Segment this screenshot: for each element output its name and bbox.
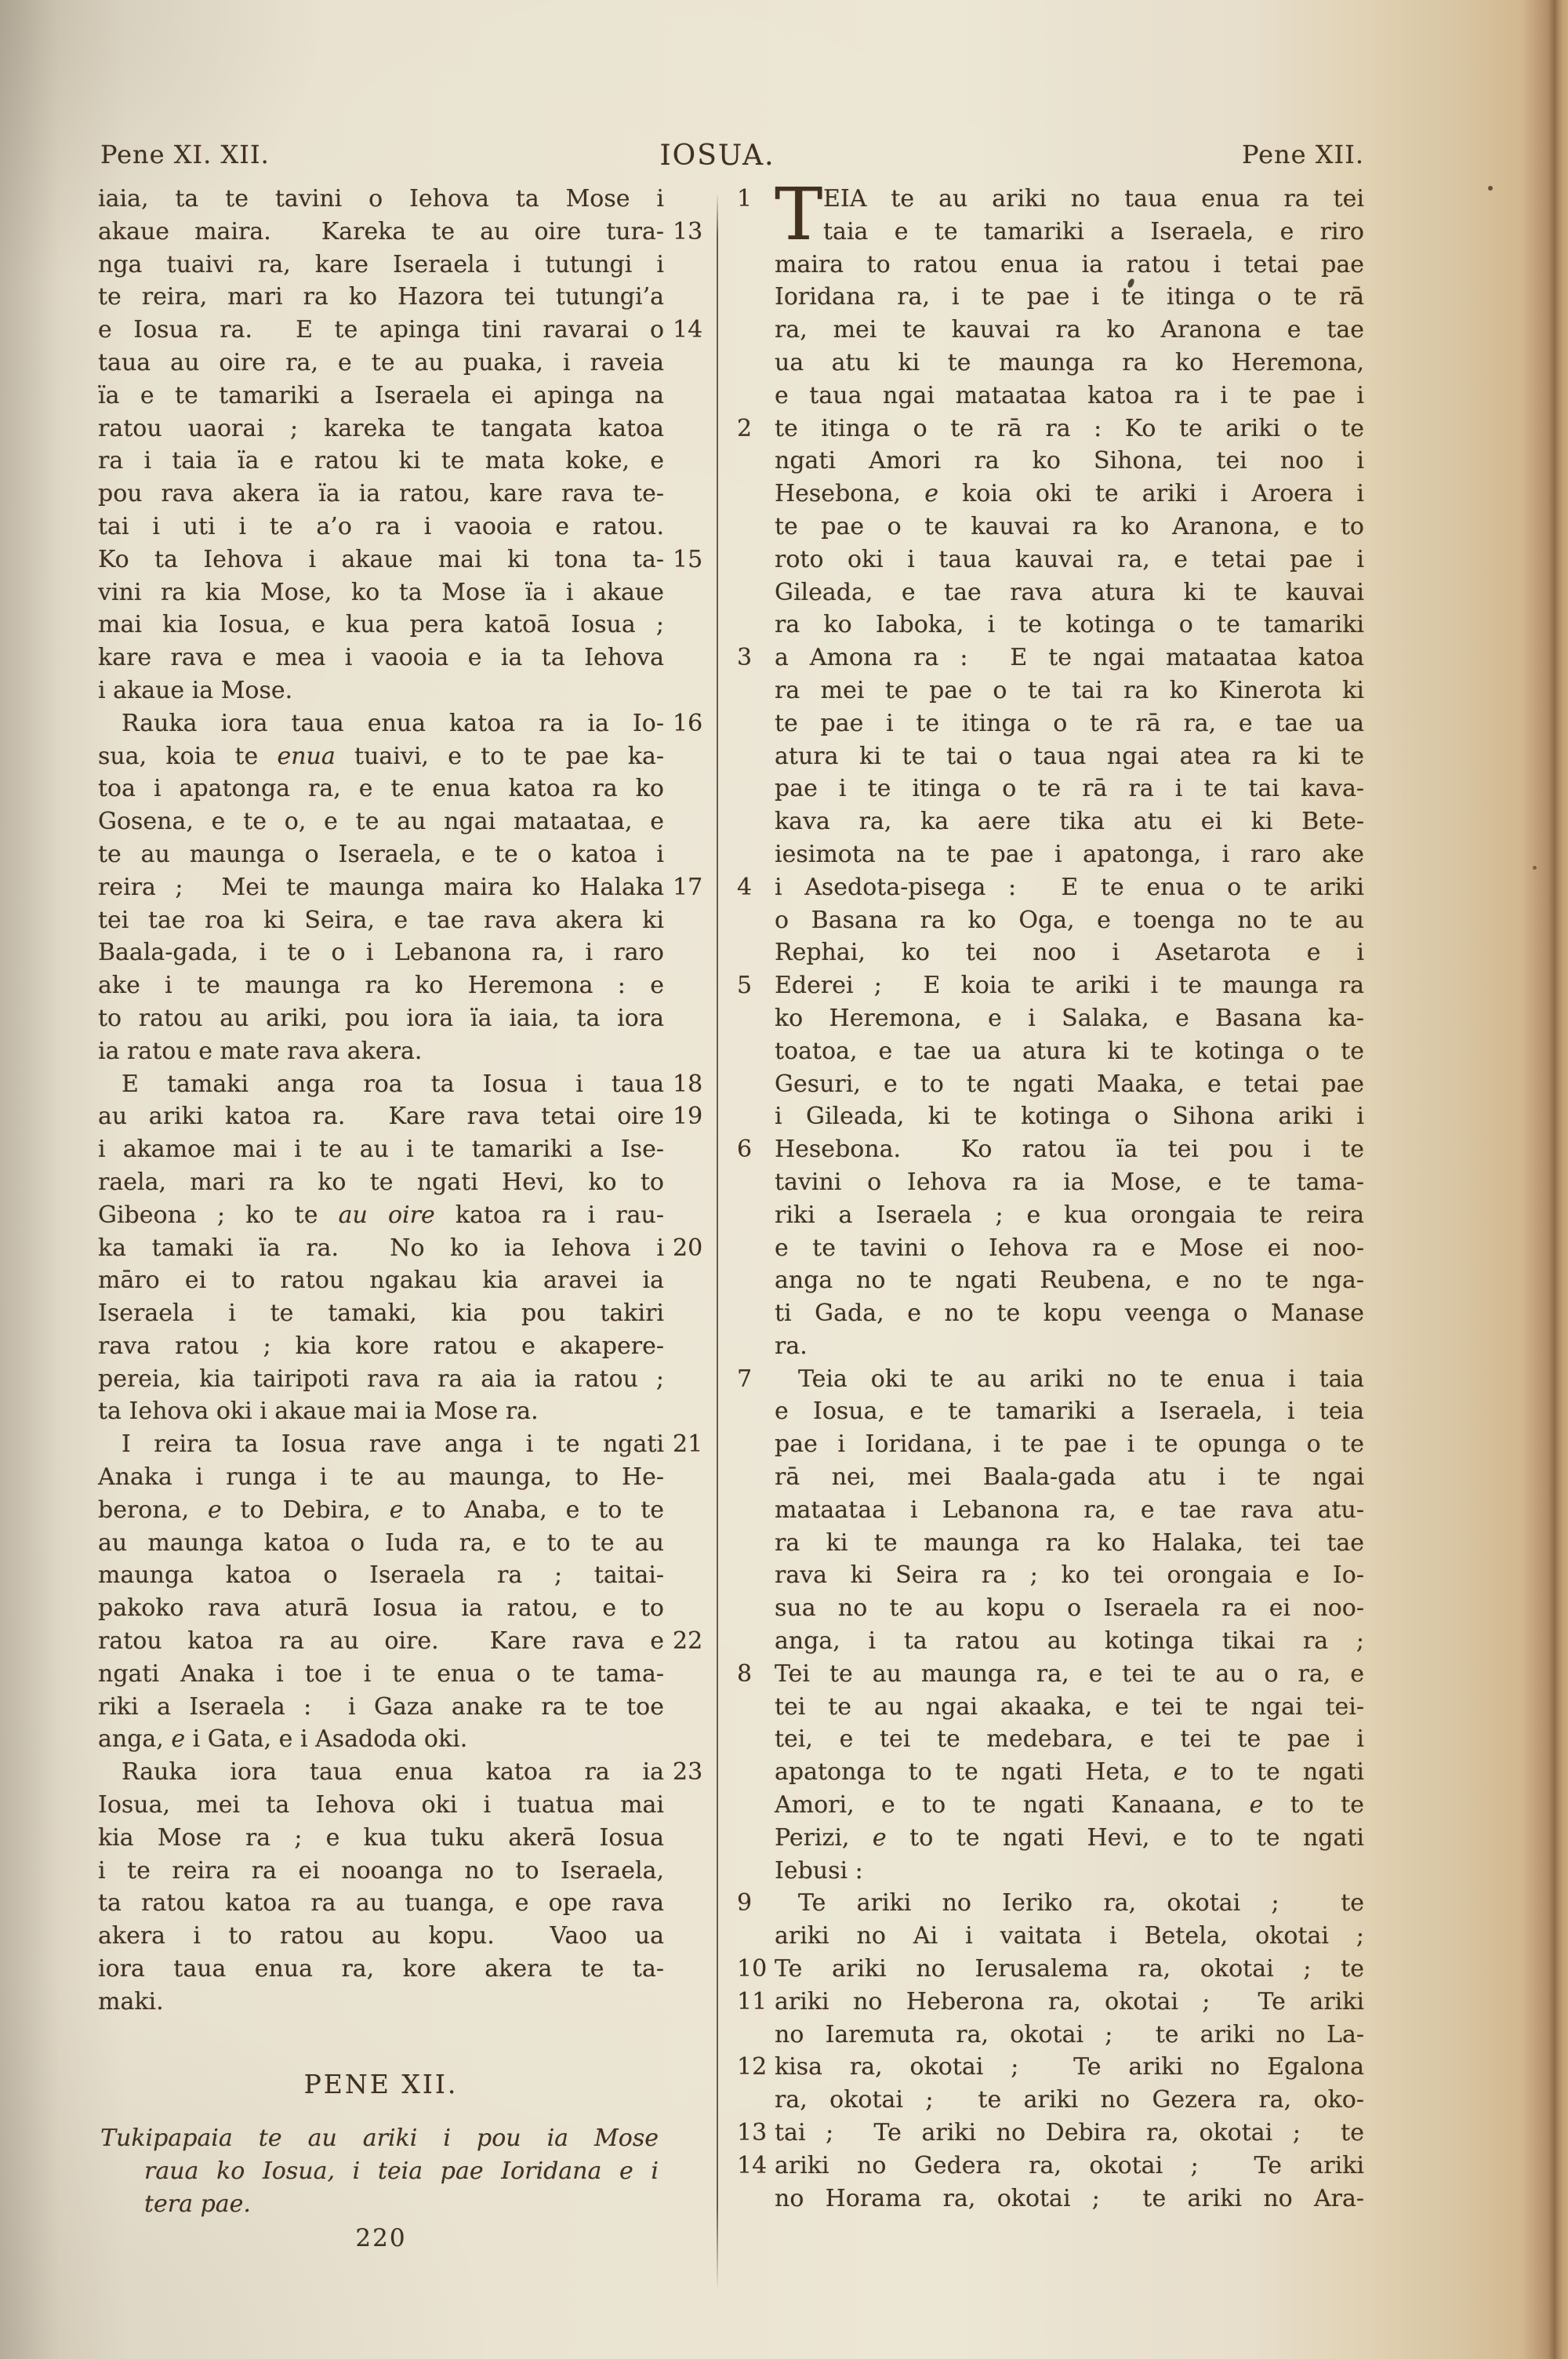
text-line: ratou uaorai ; kareka te tangata katoa xyxy=(98,413,664,445)
text-line: mai kia Iosua, e kua pera katoā Iosua ; xyxy=(98,609,664,642)
text-line: ariki no Ai i vaitata i Betela, okotai ; xyxy=(775,1920,1364,1953)
text-line: Iebusi : xyxy=(775,1855,1364,1888)
text-line: nga tuaivi ra, kare Iseraela i tutungi i xyxy=(98,249,664,282)
verse-number: 13 xyxy=(673,216,735,249)
text-line: kava ra, ka aere tika atu ei ki Bete- xyxy=(775,805,1364,838)
text-line: Gosena, e te o, e te au ngai mataataa, e xyxy=(98,805,664,838)
verse-number: 8 xyxy=(737,1658,770,1691)
text-line: e te tavini o Iehova ra e Mose ei noo- xyxy=(775,1232,1364,1265)
text-line: 19au ariki katoa ra. Kare rava tetai oir… xyxy=(98,1100,664,1133)
text-line: te pae i te itinga o te rā ra, e tae ua xyxy=(775,707,1364,740)
verse-number: 12 xyxy=(737,2051,770,2084)
text-line: 3a Amona ra : E te ngai mataataa katoa xyxy=(775,642,1364,674)
text-line: 11ariki no Heberona ra, okotai ; Te arik… xyxy=(775,1986,1364,2019)
page-number: 220 xyxy=(98,2224,664,2252)
text-line: i akaue ia Mose. xyxy=(98,674,664,707)
text-line: ïa e te tamariki a Iseraela ei apinga na xyxy=(98,380,664,413)
right-column: T1EIA te au ariki no taua enua ra teitai… xyxy=(775,183,1364,2215)
text-line: te au maunga o Iseraela, e te o katoa i xyxy=(98,838,664,871)
text-line: ngati Anaka i toe i te enua o te tama- xyxy=(98,1658,664,1691)
verse-number: 19 xyxy=(673,1100,735,1133)
text-line: toatoa, e tae ua atura ki te kotinga o t… xyxy=(775,1035,1364,1068)
text-line: Gibeona ; ko te au oire katoa ra i rau- xyxy=(98,1199,664,1232)
text-line: kia Mose ra ; e kua tuku akerā Iosua xyxy=(98,1822,664,1855)
text-line: 7Teia oki te au ariki no te enua i taia xyxy=(775,1363,1364,1396)
verse-number: 16 xyxy=(673,707,735,740)
text-line: 4i Asedota-pisega : E te enua o te ariki xyxy=(775,871,1364,904)
text-line: tei tae roa ki Seira, e tae rava akera k… xyxy=(98,904,664,937)
text-line: Perizi, e to te ngati Hevi, e to te ngat… xyxy=(775,1822,1364,1855)
text-line: Anaka i runga i te au maunga, to He- xyxy=(98,1461,664,1494)
text-line: ra. xyxy=(775,1330,1364,1363)
text-line: ra ko Iaboka, i te kotinga o te tamariki xyxy=(775,609,1364,642)
text-line: 12kisa ra, okotai ; Te ariki no Egalona xyxy=(775,2051,1364,2084)
verse-number: 6 xyxy=(737,1133,770,1166)
text-line: pae i te itinga o te rā ra i te tai kava… xyxy=(775,772,1364,805)
text-line: i te reira ra ei nooanga no to Iseraela, xyxy=(98,1855,664,1888)
text-line: 2te itinga o te rā ra : Ko te ariki o te xyxy=(775,413,1364,445)
text-line: pae i Ioridana, i te pae i te opunga o t… xyxy=(775,1428,1364,1461)
text-line: ti Gada, e no te kopu veenga o Manase xyxy=(775,1297,1364,1330)
text-line: riki a Iseraela : i Gaza anake ra te toe xyxy=(98,1691,664,1724)
text-line: ngati Amori ra ko Sihona, tei noo i xyxy=(775,445,1364,478)
left-column: iaia, ta te tavini o Iehova ta Mose i13a… xyxy=(98,183,664,2019)
text-line: tei te au ngai akaaka, e tei te ngai tei… xyxy=(775,1691,1364,1724)
text-line: anga, e i Gata, e i Asadoda oki. xyxy=(98,1723,664,1756)
text-line: riki a Iseraela ; e kua orongaia te reir… xyxy=(775,1199,1364,1232)
text-line: pereia, kia tairipoti rava ra aia ia rat… xyxy=(98,1363,664,1396)
verse-number: 13 xyxy=(737,2117,770,2150)
text-line: 13tai ; Te ariki no Debira ra, okotai ; … xyxy=(775,2117,1364,2150)
text-line: ta ratou katoa ra au tuanga, e ope rava xyxy=(98,1887,664,1920)
chapter-summary-line: raua ko Iosua, i teia pae Ioridana e i xyxy=(100,2155,659,2188)
text-line: anga no te ngati Reubena, e no te nga- xyxy=(775,1264,1364,1297)
text-line: 14e Iosua ra. E te apinga tini ravarai o xyxy=(98,314,664,347)
text-line: no Iaremuta ra, okotai ; te ariki no La- xyxy=(775,2019,1364,2052)
text-line: mataataa i Lebanona ra, e tae rava atu- xyxy=(775,1494,1364,1527)
text-line: 5Ederei ; E koia te ariki i te maunga ra xyxy=(775,969,1364,1002)
text-line: ko Heremona, e i Salaka, e Basana ka- xyxy=(775,1002,1364,1035)
text-line: sua, koia te enua tuaivi, e to te pae ka… xyxy=(98,740,664,773)
text-line: rava ki Seira ra ; ko tei orongaia e Io- xyxy=(775,1559,1364,1592)
verse-number: 9 xyxy=(737,1887,770,1920)
verse-number: 2 xyxy=(737,413,770,445)
running-head-title: IOSUA. xyxy=(600,140,835,172)
text-line: pakoko rava aturā Iosua ia ratou, e to xyxy=(98,1592,664,1625)
text-line: Gileada, e tae rava atura ki te kauvai xyxy=(775,576,1364,609)
chapter-summary: Tukipapaia te au ariki i pou ia Moseraua… xyxy=(100,2122,659,2221)
text-line: roto oki i taua kauvai ra, e tetai pae i xyxy=(775,543,1364,576)
chapter-heading: PENE XII. xyxy=(98,2069,664,2099)
text-line: 14ariki no Gedera ra, okotai ; Te ariki xyxy=(775,2150,1364,2183)
verse-number: 3 xyxy=(737,642,770,674)
text-line: au maunga katoa o Iuda ra, e to te au xyxy=(98,1527,664,1560)
text-line: toa i apatonga ra, e te enua katoa ra ko xyxy=(98,772,664,805)
verse-number: 21 xyxy=(673,1428,735,1461)
text-line: rava ratou ; kia kore ratou e akapere- xyxy=(98,1330,664,1363)
text-line: taua au oire ra, e te au puaka, i raveia xyxy=(98,347,664,380)
verse-number: 11 xyxy=(737,1986,770,2019)
text-line: iesimota na te pae i apatonga, i raro ak… xyxy=(775,838,1364,871)
text-line: ra, okotai ; te ariki no Gezera ra, oko- xyxy=(775,2084,1364,2117)
text-line: Gesuri, e to te ngati Maaka, e tetai pae xyxy=(775,1068,1364,1101)
text-line: i akamoe mai i te au i te tamariki a Ise… xyxy=(98,1133,664,1166)
text-line: pou rava akera ïa ia ratou, kare rava te… xyxy=(98,478,664,511)
text-line: iaia, ta te tavini o Iehova ta Mose i xyxy=(98,183,664,216)
text-line: 23Rauka iora taua enua katoa ra ia xyxy=(98,1756,664,1789)
paper-speck xyxy=(1488,186,1493,191)
verse-number: 17 xyxy=(673,871,735,904)
text-line: 15Ko ta Iehova i akaue mai ki tona ta- xyxy=(98,543,664,576)
text-line: 16Rauka iora taua enua katoa ra ia Io- xyxy=(98,707,664,740)
text-line: 8Tei te au maunga ra, e tei te au o ra, … xyxy=(775,1658,1364,1691)
text-line: akera i to ratou au kopu. Vaoo ua xyxy=(98,1920,664,1953)
book-page: Pene XI. XII. IOSUA. Pene XII. iaia, ta … xyxy=(0,0,1568,2359)
verse-number: 14 xyxy=(673,314,735,347)
paper-speck xyxy=(1533,866,1537,870)
text-line: Ioridana ra, i te pae i te itinga o te r… xyxy=(775,281,1364,314)
text-line: tai i uti i te a’o ra i vaooia e ratou. xyxy=(98,511,664,543)
text-line: 18E tamaki anga roa ta Iosua i taua xyxy=(98,1068,664,1101)
verse-number: 18 xyxy=(673,1068,735,1101)
text-line: 20ka tamaki ïa ra. No ko ia Iehova i xyxy=(98,1232,664,1265)
text-line: iora taua enua ra, kore akera te ta- xyxy=(98,1953,664,1986)
text-line: Iseraela i te tamaki, kia pou takiri xyxy=(98,1297,664,1330)
verse-number: 10 xyxy=(737,1953,770,1986)
text-line: e Iosua, e te tamariki a Iseraela, i tei… xyxy=(775,1395,1364,1428)
text-line: taia e te tamariki a Iseraela, e riro xyxy=(775,216,1364,249)
text-line: sua no te au kopu o Iseraela ra ei noo- xyxy=(775,1592,1364,1625)
text-line: māro ei to ratou ngakau kia aravei ia xyxy=(98,1264,664,1297)
text-line: 13akaue maira. Kareka te au oire tura- xyxy=(98,216,664,249)
running-head-left: Pene XI. XII. xyxy=(100,140,270,169)
text-line: ra mei te pae o te tai ra ko Kinerota ki xyxy=(775,674,1364,707)
verse-number: 15 xyxy=(673,543,735,576)
verse-number: 14 xyxy=(737,2150,770,2183)
text-line: ra ki te maunga ra ko Halaka, tei tae xyxy=(775,1527,1364,1560)
text-line: maki. xyxy=(98,1986,664,2019)
text-line: kare rava e mea i vaooia e ia ta Iehova xyxy=(98,642,664,674)
verse-number: 22 xyxy=(673,1625,735,1658)
text-line: tavini o Iehova ra ia Mose, e te tama- xyxy=(775,1166,1364,1199)
text-line: rā nei, mei Baala-gada atu i te ngai xyxy=(775,1461,1364,1494)
text-line: 6Hesebona. Ko ratou ïa tei pou i te xyxy=(775,1133,1364,1166)
chapter-summary-line: Tukipapaia te au ariki i pou ia Mose xyxy=(100,2122,659,2155)
text-line: maira to ratou enua ia ratou i tetai pae xyxy=(775,249,1364,282)
verse-number: 5 xyxy=(737,969,770,1002)
text-line: anga, i ta ratou au kotinga tikai ra ; xyxy=(775,1625,1364,1658)
text-line: Iosua, mei ta Iehova oki i tuatua mai xyxy=(98,1789,664,1822)
text-line: tei, e tei te medebara, e tei te pae i xyxy=(775,1723,1364,1756)
text-line: berona, e to Debira, e to Anaba, e to te xyxy=(98,1494,664,1527)
verse-number: 4 xyxy=(737,871,770,904)
text-line: 21I reira ta Iosua rave anga i te ngati xyxy=(98,1428,664,1461)
text-line: 17reira ; Mei te maunga maira ko Halaka xyxy=(98,871,664,904)
chapter-summary-line: tera pae. xyxy=(100,2188,659,2221)
text-line: atura ki te tai o taua ngai atea ra ki t… xyxy=(775,740,1364,773)
text-line: Rephai, ko tei noo i Asetarota e i xyxy=(775,936,1364,969)
text-line: 10Te ariki no Ierusalema ra, okotai ; te xyxy=(775,1953,1364,1986)
text-line: 9Te ariki no Ieriko ra, okotai ; te xyxy=(775,1887,1364,1920)
verse-number: 20 xyxy=(673,1232,735,1265)
running-head-right: Pene XII. xyxy=(1129,140,1364,169)
text-line: e taua ngai mataataa katoa ra i te pae i xyxy=(775,380,1364,413)
text-line: raela, mari ra ko te ngati Hevi, ko to xyxy=(98,1166,664,1199)
text-line: ra i taia ïa e ratou ki te mata koke, e xyxy=(98,445,664,478)
text-line: te pae o te kauvai ra ko Aranona, e to xyxy=(775,511,1364,543)
text-line: 22ratou katoa ra au oire. Kare rava e xyxy=(98,1625,664,1658)
text-line: ta Iehova oki i akaue mai ia Mose ra. xyxy=(98,1395,664,1428)
text-line: ake i te maunga ra ko Heremona : e xyxy=(98,969,664,1002)
text-line: i Gileada, ki te kotinga o Sihona ariki … xyxy=(775,1100,1364,1133)
verse-number: 1 xyxy=(737,183,770,216)
verse-number: 23 xyxy=(673,1756,735,1789)
text-line: te reira, mari ra ko Hazora tei tutungi’… xyxy=(98,281,664,314)
text-line: no Horama ra, okotai ; te ariki no Ara- xyxy=(775,2183,1364,2215)
text-line: apatonga to te ngati Heta, e to te ngati xyxy=(775,1756,1364,1789)
text-line: vini ra kia Mose, ko ta Mose ïa i akaue xyxy=(98,576,664,609)
text-line: ua atu ki te maunga ra ko Heremona, xyxy=(775,347,1364,380)
text-line: Baala-gada, i te o i Lebanona ra, i raro xyxy=(98,936,664,969)
text-line: o Basana ra ko Oga, e toenga no te au xyxy=(775,904,1364,937)
text-line: Hesebona, e koia oki te ariki i Aroera i xyxy=(775,478,1364,511)
text-line: maunga katoa o Iseraela ra ; taitai- xyxy=(98,1559,664,1592)
text-line: Amori, e to te ngati Kanaana, e to te xyxy=(775,1789,1364,1822)
text-line: to ratou au ariki, pou iora ïa iaia, ta … xyxy=(98,1002,664,1035)
text-line: ra, mei te kauvai ra ko Aranona e tae xyxy=(775,314,1364,347)
verse-number: 7 xyxy=(737,1363,770,1396)
text-line: ia ratou e mate rava akera. xyxy=(98,1035,664,1068)
text-line: 1EIA te au ariki no taua enua ra tei xyxy=(775,183,1364,216)
